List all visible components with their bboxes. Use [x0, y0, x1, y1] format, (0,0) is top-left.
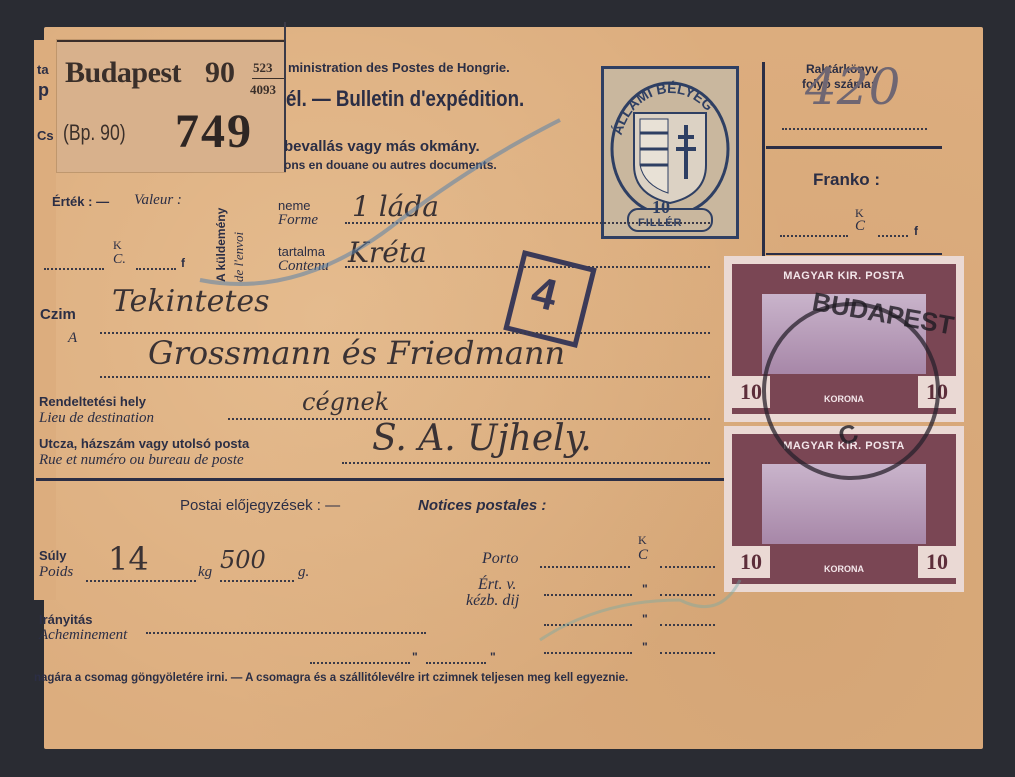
crayon-marks [0, 0, 1015, 777]
